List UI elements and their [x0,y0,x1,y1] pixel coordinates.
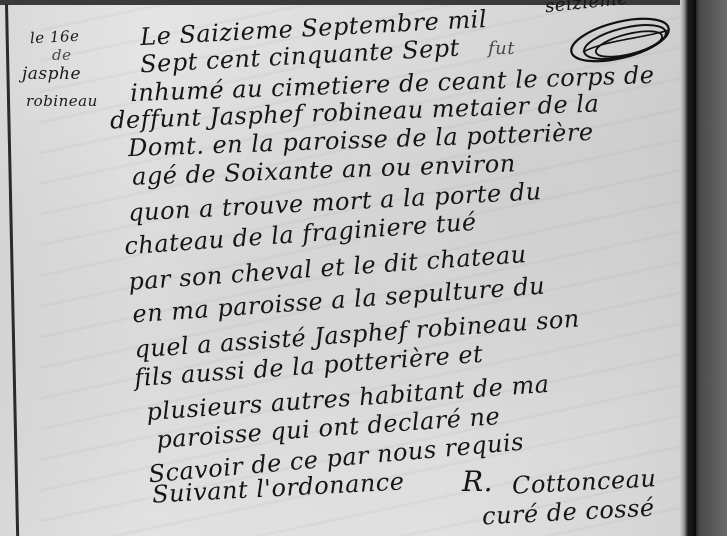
signature-title: curé de cossé [481,495,655,528]
left-margin-rule [5,4,19,536]
interlinear-insert: fut [488,40,515,58]
margin-note-line-1: le 16e [30,29,80,47]
margin-note-line-3: jasphe [22,66,81,83]
paraph-flourish-icon [565,10,675,70]
margin-note-line-2: de [52,48,71,63]
page-fold-line [693,0,696,536]
register-page: seizieme le 16e de jasphe robineau Le Sa… [0,0,727,536]
signature-name: Cottonceau [511,466,656,498]
margin-note-line-4: robineau [26,94,98,109]
signature-initial: R. [462,468,493,496]
binding-edge [680,0,727,536]
